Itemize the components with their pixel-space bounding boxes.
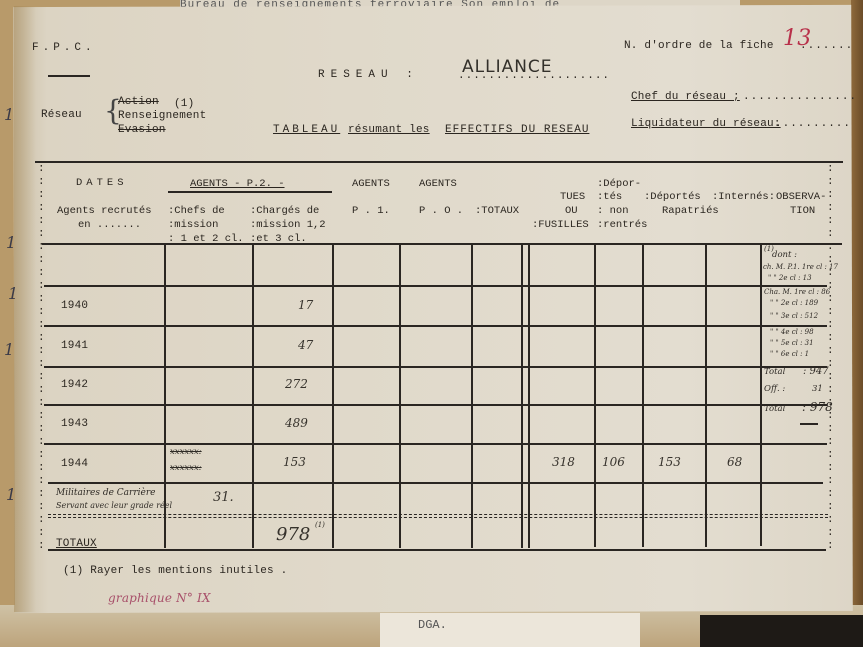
reseau-label: RESEAU : — [318, 69, 419, 81]
p2-group-underline — [168, 191, 332, 193]
row-divider — [44, 443, 827, 445]
cell-charges-1940: 17 — [298, 298, 313, 312]
title-mid: résumant les — [348, 124, 430, 136]
col-divider — [528, 245, 530, 548]
row-label-militaires-l1: Militaires de Carrière — [56, 488, 155, 499]
colon-rule: : : : : : : : : : : : : : : : : : : : : … — [38, 163, 44, 553]
liquidateur-dots: .......... — [775, 118, 851, 130]
cell-dep-non-rentres-1944: 106 — [602, 455, 625, 469]
chef-dots: ............... — [743, 91, 857, 103]
row-label-1944: 1944 — [61, 458, 88, 470]
reseau-type-action: Action — [118, 96, 159, 108]
reseau-type-evasion: Evasion — [118, 124, 166, 136]
chef-label: Chef du réseau ; — [631, 91, 740, 103]
reseau-type-label: Réseau — [41, 109, 82, 121]
cell-charges-total: 978 — [276, 524, 310, 545]
obs-line: Cha. M. 1re cl : 86 — [764, 287, 830, 298]
row-label-1940: 1940 — [61, 300, 88, 312]
margin-mark: 1 — [6, 485, 16, 504]
col-divider — [594, 245, 596, 547]
colon-rule: : : : : : : : : : : : : : : : : : : : : … — [827, 163, 833, 553]
obs-line: " " 5e cl : 31 — [770, 338, 814, 349]
obs-line: " " 2e cl : 189 — [770, 298, 818, 309]
col-dates-sub1: Agents recrutés — [57, 204, 152, 218]
fiche-dots: ....... — [800, 40, 853, 52]
footnote: (1) Rayer les mentions inutiles . — [63, 565, 287, 577]
col-chefs-l1: :Chefs de — [168, 204, 225, 218]
cell-dep-rapatries-1944: 153 — [658, 455, 681, 469]
org-code: F.P.C. — [32, 42, 96, 54]
col-internes: :Internés: — [712, 190, 775, 204]
row-label-1941: 1941 — [61, 340, 88, 352]
graphique-annotation: graphique N° IX — [108, 591, 211, 605]
obs-off-label: Off. : — [764, 384, 785, 395]
obs-dont: dont : — [772, 250, 797, 261]
col-charges-l2: :mission 1,2 — [250, 218, 326, 232]
row-divider — [44, 285, 827, 287]
col-divider — [332, 245, 334, 548]
cell-chefs-militaires: 31. — [213, 490, 234, 505]
margin-mark: 1 — [8, 284, 18, 303]
table-top-border — [35, 161, 843, 163]
row-label-totaux: TOTAUX — [56, 538, 97, 550]
cell-charges-1943: 489 — [285, 416, 308, 430]
margin-mark: 1 — [4, 105, 14, 124]
obs-line: " " 6e cl : 1 — [770, 349, 809, 360]
row-label-1942: 1942 — [61, 379, 88, 391]
col-dates-sub2: en ....... — [78, 218, 141, 232]
reseau-type-note: (1) — [174, 98, 194, 110]
cell-internes-1944: 68 — [727, 455, 742, 469]
row-label-1943: 1943 — [61, 418, 88, 430]
col-p1-l1: AGENTS — [352, 177, 390, 191]
table-bottom-border — [48, 549, 826, 551]
obs-line: " " 4e cl : 98 — [770, 327, 814, 338]
obs-total2-value: : 978 — [802, 402, 833, 413]
cell-chefs-1944-scribble: xxxxxx: — [170, 447, 202, 458]
col-obs-l2: TION — [790, 204, 815, 218]
col-divider — [252, 245, 254, 548]
cell-charges-1944: 153 — [283, 455, 306, 469]
col-dep-rap-l2: Rapatriés — [662, 204, 719, 218]
row-divider — [44, 404, 827, 406]
dark-background — [700, 615, 863, 647]
col-tues-l2: OU — [565, 204, 578, 218]
org-underline — [48, 75, 90, 77]
col-dep-nr-l2: :tés — [597, 190, 622, 204]
col-divider — [521, 245, 523, 548]
col-tues-l3: :FUSILLES — [532, 218, 589, 232]
row-divider — [44, 325, 827, 327]
obs-total1-label: Total — [764, 367, 785, 378]
col-divider — [471, 245, 473, 548]
header-bottom-border — [42, 243, 842, 245]
obs-line: " " 2e cl : 13 — [768, 273, 812, 284]
col-divider — [399, 245, 401, 548]
obs-total2-label: Total — [764, 404, 785, 415]
cell-tues-1944: 318 — [552, 455, 575, 469]
obs-total-underline — [800, 423, 818, 425]
col-divider — [705, 245, 707, 547]
col-charges-l3: :et 3 cl. — [250, 232, 307, 246]
col-obs-l1: OBSERVA- — [776, 190, 826, 204]
obs-line: " " 3e cl : 512 — [770, 311, 818, 322]
margin-mark: 1 — [4, 340, 14, 359]
col-p1-l2: P . 1. — [352, 204, 390, 218]
title-suffix: EFFECTIFS DU RESEAU — [445, 124, 589, 136]
col-dep-rap-l1: :Déportés — [644, 190, 701, 204]
col-dep-nr-l1: :Dépor- — [597, 177, 641, 191]
fiche-label: N. d'ordre de la fiche — [624, 40, 774, 52]
col-divider — [642, 245, 644, 547]
row-label-militaires-l2: Servant avec leur grade réel — [56, 500, 172, 511]
col-chefs-l3: : 1 et 2 cl. — [168, 232, 244, 246]
col-dep-nr-l3: : non — [597, 204, 629, 218]
liquidateur-label: Liquidateur du réseau: — [631, 118, 781, 130]
col-chefs-l2: :mission — [168, 218, 218, 232]
obs-line: ch. M. P.1. 1re cl : 17 — [763, 262, 838, 273]
col-po-l1: AGENTS — [419, 177, 457, 191]
cell-chefs-1944-scribble: xxxxxx: — [170, 463, 202, 474]
cell-charges-1942: 272 — [285, 377, 308, 391]
reseau-dots: .................... — [458, 70, 610, 82]
cell-charges-1941: 47 — [298, 338, 313, 352]
col-charges-l1: :Chargés de — [250, 204, 319, 218]
col-dep-nr-l4: :rentrés — [597, 218, 647, 232]
col-totaux: :TOTAUX — [475, 204, 519, 218]
margin-mark: 1 — [6, 233, 16, 252]
col-p2-group: AGENTS - P.2. - — [190, 177, 285, 191]
underlying-stamp: DGA. — [418, 618, 447, 632]
reseau-type-renseignement: Renseignement — [118, 110, 206, 122]
paper-fold-shadow — [14, 6, 36, 612]
title-prefix: TABLEAU — [273, 124, 340, 136]
obs-off-value: 31 — [812, 384, 823, 395]
col-divider — [760, 245, 762, 546]
col-dates-header: DATES — [76, 176, 128, 190]
cell-charges-total-note: (1) — [315, 520, 325, 531]
col-tues-l1: TUES — [560, 190, 585, 204]
obs-total1-value: : 947 — [803, 366, 829, 377]
row-divider — [44, 366, 827, 368]
col-po-l2: P . O . — [419, 204, 463, 218]
